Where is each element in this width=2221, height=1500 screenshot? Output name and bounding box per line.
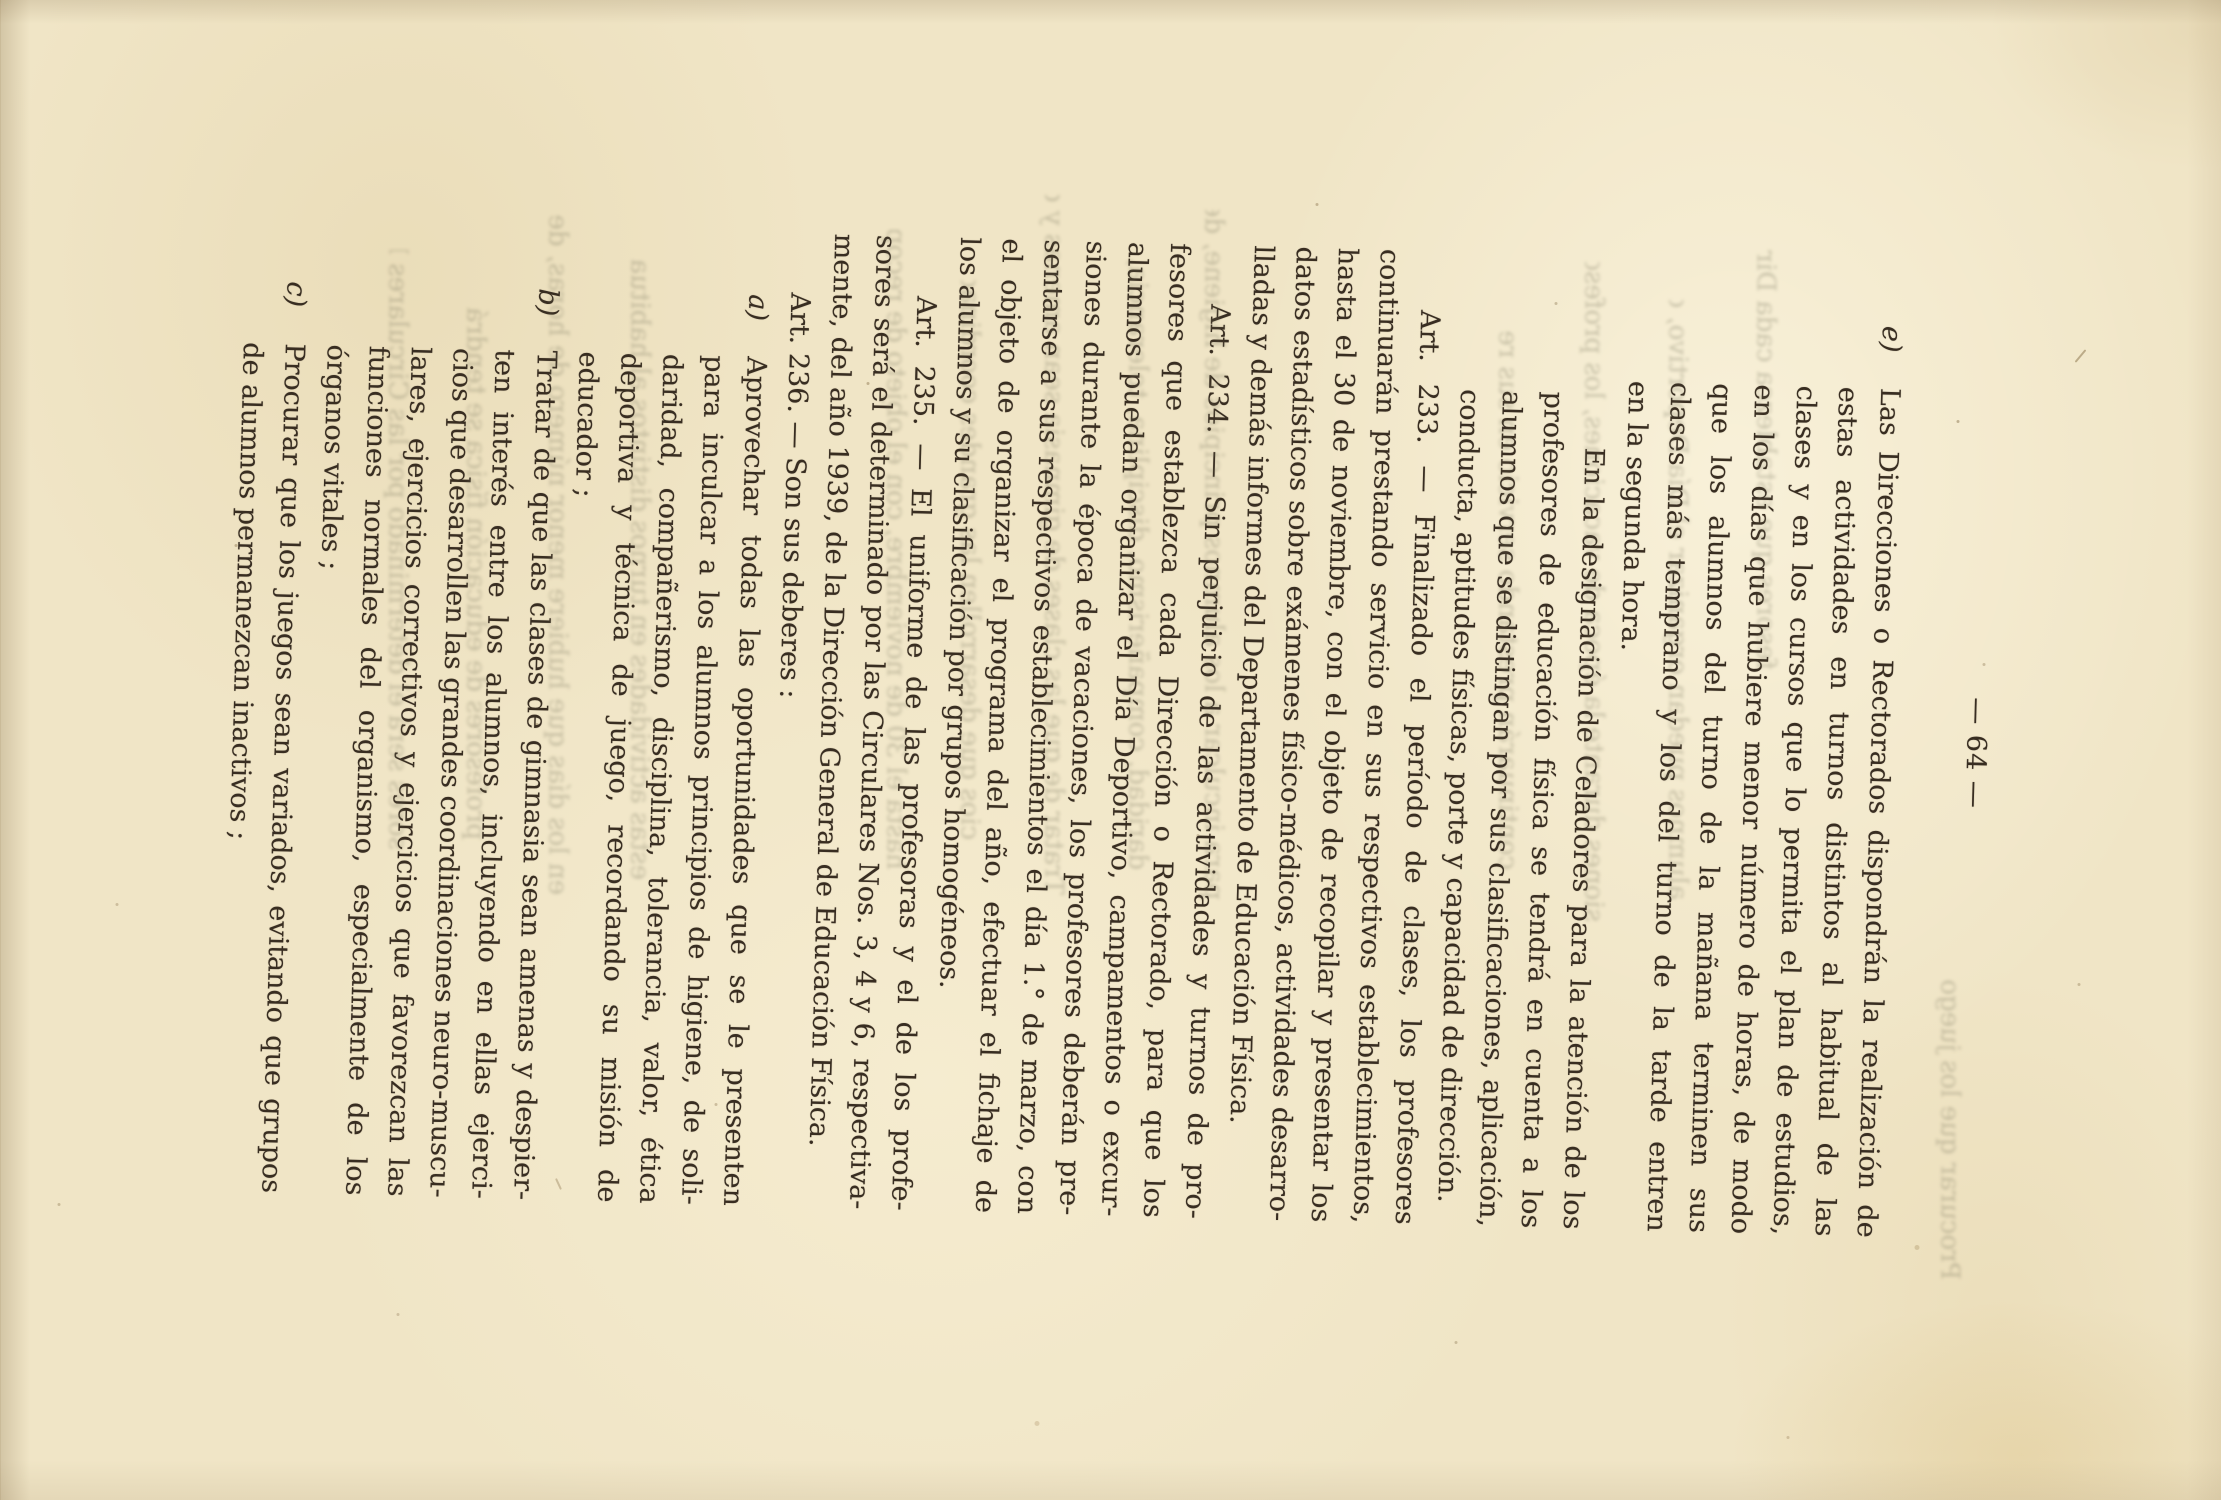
item-marker: b) bbox=[525, 288, 568, 317]
text-block: — 64 — e)LasDireccionesoRectoradosdispon… bbox=[207, 217, 1914, 1239]
paragraph: Art.233.—Finalizadoelperíododeclases,los… bbox=[1214, 245, 1451, 1225]
page-number: — 64 — bbox=[1940, 265, 2009, 1241]
item-marker: e) bbox=[1869, 325, 1912, 353]
paragraph: e)LasDireccionesoRectoradosdispondránlar… bbox=[1592, 380, 1910, 1238]
scanned-book-page: — 64 — e)LasDireccionesoRectoradosdispon… bbox=[0, 0, 2221, 1500]
paper-fiber bbox=[2074, 349, 2086, 363]
book-page: — 64 — e)LasDireccionesoRectoradosdispon… bbox=[0, 0, 2221, 1500]
item-marker: c) bbox=[273, 281, 316, 308]
paragraph: Art.234.—Sinperjuiciodelasactividadesytu… bbox=[920, 237, 1241, 1220]
paragraph: EnladesignacióndeCeladoresparalaatención… bbox=[1424, 389, 1615, 1230]
paragraph: b)Tratardequelasclasesdegimnasiaseanamen… bbox=[291, 344, 567, 1201]
item-marker: a) bbox=[735, 294, 778, 322]
paragraph: a)Aprovechartodaslasoportunidadesquesele… bbox=[543, 351, 777, 1207]
